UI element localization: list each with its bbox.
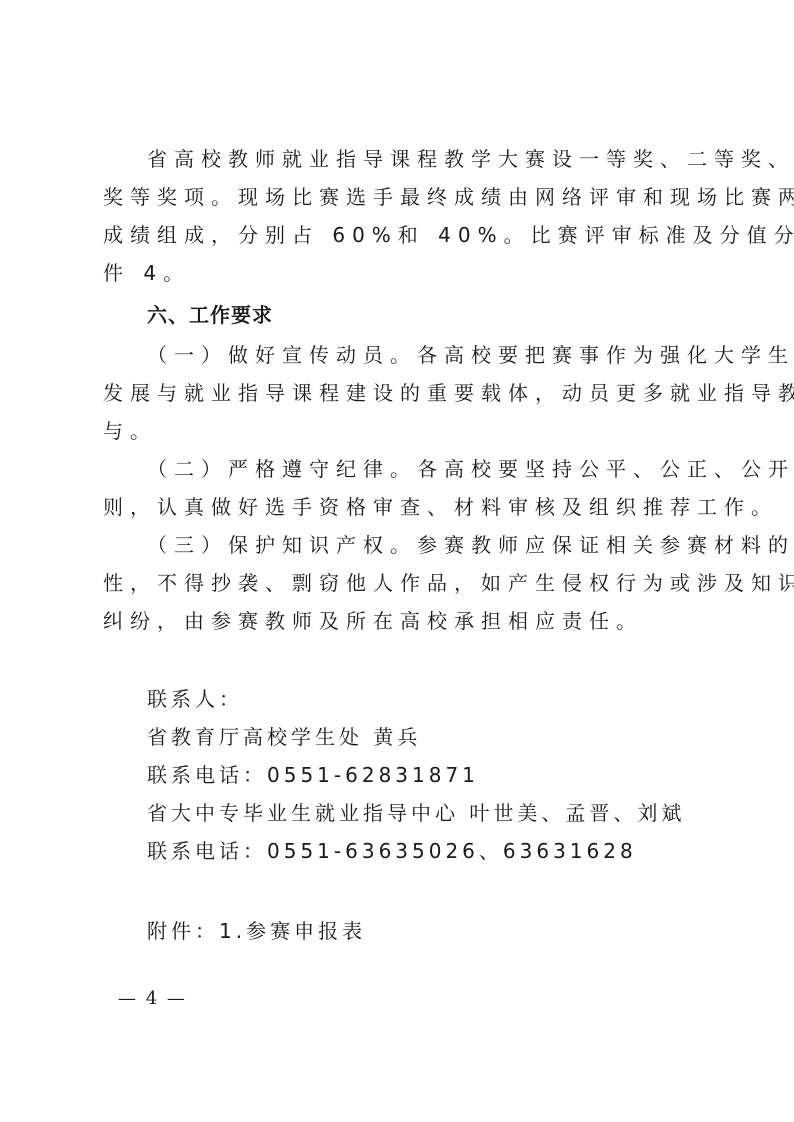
contact-entry: 省大中专毕业生就业指导中心 叶世美、孟晋、刘斌 xyxy=(147,794,685,832)
requirement-line: （三）保护知识产权。参赛教师应保证相关参赛材料的原创 xyxy=(147,526,794,564)
requirement-line: 纠纷，由参赛教师及所在高校承担相应责任。 xyxy=(103,602,643,640)
requirement-line: 则，认真做好选手资格审查、材料审核及组织推荐工作。 xyxy=(103,488,778,526)
requirement-line: （一）做好宣传动员。各高校要把赛事作为强化大学生职业 xyxy=(147,336,794,374)
requirement-line: 与。 xyxy=(103,412,157,450)
requirement-line: （二）严格遵守纪律。各高校要坚持公平、公正、公开的原 xyxy=(147,450,794,488)
page-number: — 4 — xyxy=(118,988,187,1009)
attachment-line: 附件：1.参赛申报表 xyxy=(147,912,366,950)
contacts-label: 联系人： xyxy=(147,680,243,718)
contact-phone: 联系电话：0551-62831871 xyxy=(147,756,479,794)
contact-entry: 省教育厅高校学生处 黄兵 xyxy=(147,718,421,756)
requirement-line: 发展与就业指导课程建设的重要载体，动员更多就业指导教师参 xyxy=(103,374,794,412)
paragraph-line: 成绩组成，分别占 60%和 40%。比赛评审标准及分值分配详见附 xyxy=(103,216,794,254)
paragraph-line: 省高校教师就业指导课程教学大赛设一等奖、二等奖、三等 xyxy=(147,140,794,178)
contact-phone: 联系电话：0551-63635026、63631628 xyxy=(147,832,637,870)
section-heading: 六、工作要求 xyxy=(147,296,273,334)
paragraph-line: 奖等奖项。现场比赛选手最终成绩由网络评审和现场比赛两部分 xyxy=(103,178,794,216)
requirement-line: 性，不得抄袭、剽窃他人作品，如产生侵权行为或涉及知识产权 xyxy=(103,564,794,602)
document-page: 省高校教师就业指导课程教学大赛设一等奖、二等奖、三等 奖等奖项。现场比赛选手最终… xyxy=(0,0,794,1122)
paragraph-line: 件 4。 xyxy=(103,254,190,292)
